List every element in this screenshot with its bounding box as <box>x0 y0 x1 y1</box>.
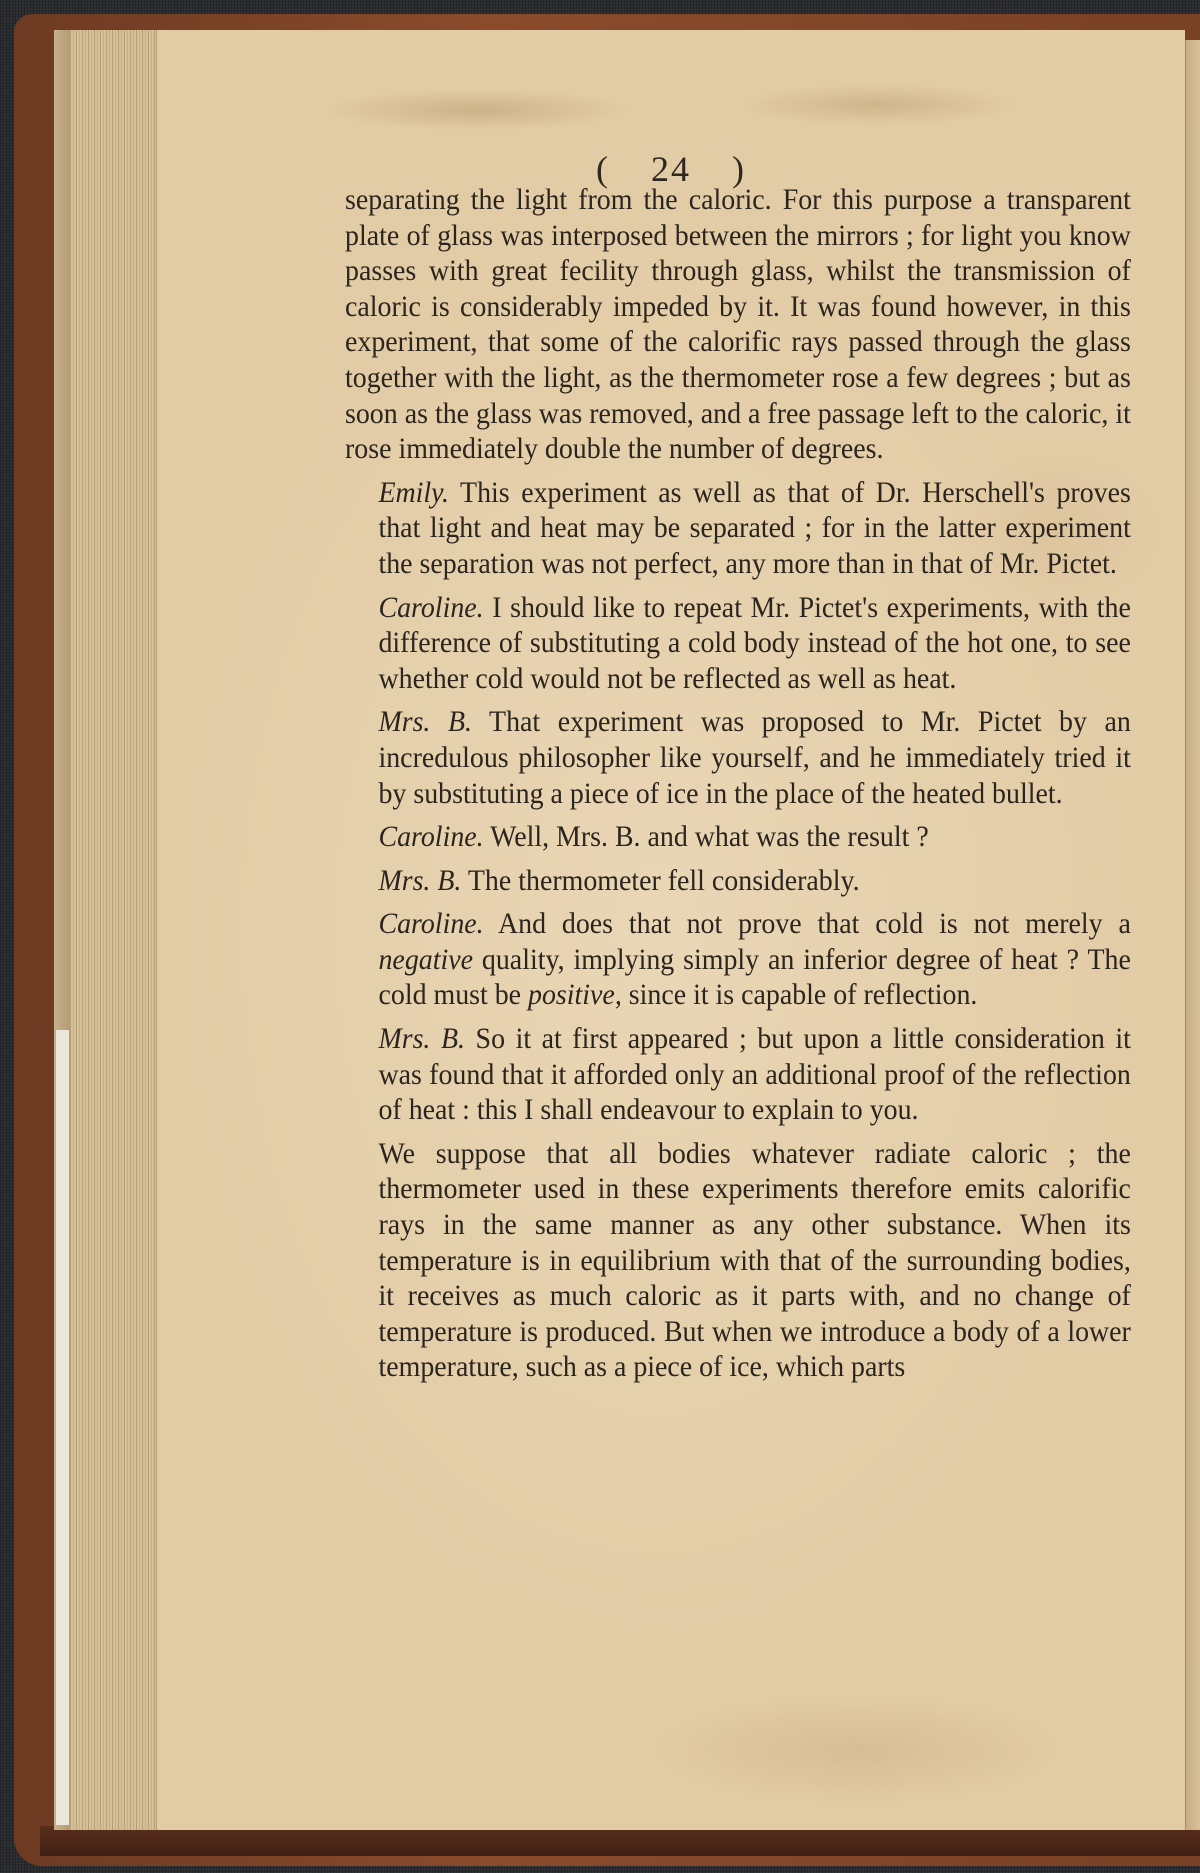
paragraph: Caroline. I should like to repeat Mr. Pi… <box>345 590 1131 697</box>
paragraph-text: separating the light from the caloric. F… <box>345 183 1131 465</box>
paragraph-text: This experiment as well as that of Dr. H… <box>378 476 1130 580</box>
paragraph-text-part: since it is capable of reflection. <box>622 978 978 1011</box>
emphasis-positive: positive, <box>528 978 622 1011</box>
paragraph-text-part: And does that not prove that cold is not… <box>498 907 1131 940</box>
paragraph: Mrs. B. The thermometer fell considerabl… <box>345 863 1131 899</box>
page-body-text: separating the light from the caloric. F… <box>345 182 1131 1385</box>
paragraph-text: That experiment was proposed to Mr. Pict… <box>378 705 1130 809</box>
book-cover-bottom-edge <box>40 1826 1200 1856</box>
paragraph: Mrs. B. That experiment was proposed to … <box>345 704 1131 811</box>
speaker-label: Caroline. <box>378 907 483 940</box>
speaker-label: Emily. <box>378 476 449 509</box>
page-block-edges <box>70 30 157 1830</box>
speaker-label: Mrs. B. <box>378 864 461 897</box>
paragraph: Caroline. Well, Mrs. B. and what was the… <box>345 819 1131 855</box>
paragraph-text: The thermometer fell considerably. <box>468 864 860 897</box>
paragraph: Mrs. B. So it at first appeared ; but up… <box>345 1021 1131 1128</box>
paragraph-text: So it at first appeared ; but upon a lit… <box>378 1022 1130 1126</box>
speaker-label: Mrs. B. <box>378 705 472 738</box>
paragraph-text: We suppose that all bodies whatever radi… <box>378 1137 1130 1384</box>
paragraph-text: Well, Mrs. B. and what was the result ? <box>490 820 929 853</box>
flyleaf-insert <box>56 1030 69 1825</box>
emphasis-negative: negative <box>378 943 473 976</box>
speaker-label: Caroline. <box>378 591 483 624</box>
paragraph: Caroline. And does that not prove that c… <box>345 906 1131 1013</box>
paragraph: separating the light from the caloric. F… <box>345 182 1131 467</box>
paragraph: We suppose that all bodies whatever radi… <box>345 1136 1131 1385</box>
speaker-label: Caroline. <box>378 820 483 853</box>
speaker-label: Mrs. B. <box>378 1022 465 1055</box>
page-right-edge <box>1185 40 1200 1830</box>
paragraph-text: I should like to repeat Mr. Pictet's exp… <box>378 591 1130 695</box>
paragraph: Emily. This experiment as well as that o… <box>345 475 1131 582</box>
